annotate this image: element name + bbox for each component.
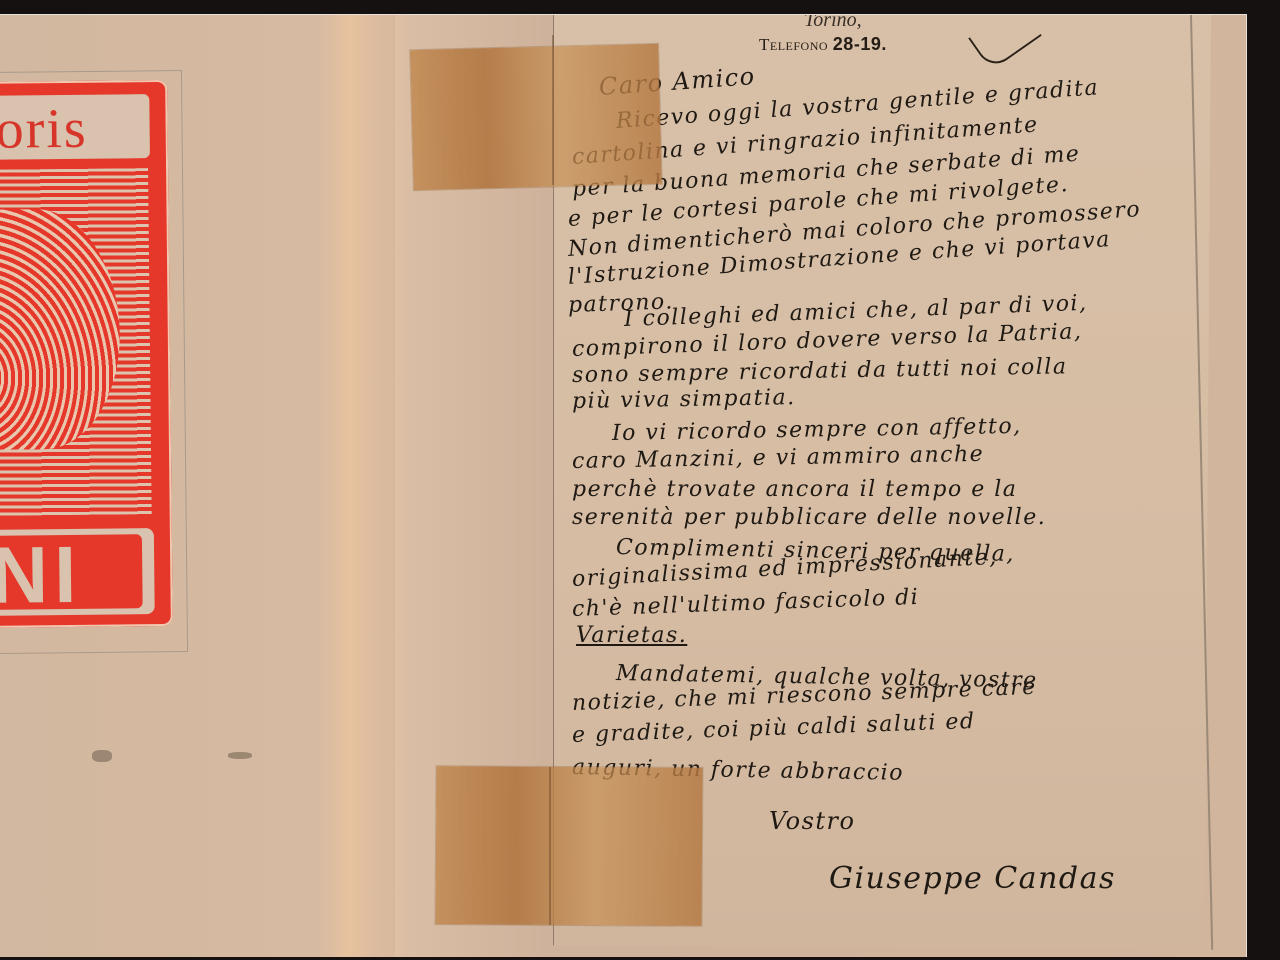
bookplate-name: NI	[0, 529, 83, 622]
document-photo: oris NI Torino, Telefono 28-19. Caro Ami…	[0, 14, 1247, 957]
tape-seam	[549, 767, 551, 925]
letter-line: caro Manzini, e vi ammiro anche	[572, 442, 985, 474]
wing-illustration-icon	[0, 208, 121, 450]
tape-seam	[552, 35, 554, 185]
letter-line: Io vi ricordo sempre con affetto,	[612, 414, 1022, 446]
bookplate-illustration	[0, 168, 152, 516]
checkmark-icon	[968, 14, 1042, 71]
paper-stain	[228, 752, 252, 759]
top-black-border	[0, 0, 1280, 14]
tape-top	[410, 44, 662, 190]
letter-line: più viva simpatia.	[572, 385, 796, 414]
paper-stain	[92, 750, 112, 762]
valediction: Vostro	[769, 807, 855, 835]
phone-number: 28-19.	[833, 34, 887, 54]
bookplate-title: oris	[0, 97, 88, 162]
left-page: oris NI	[0, 15, 395, 957]
signature: Giuseppe Candas	[829, 861, 1116, 896]
bookplate: oris NI	[0, 80, 173, 628]
bookplate-name-box: NI	[0, 528, 155, 616]
right-black-border	[1246, 0, 1280, 960]
letterhead-city: Torino,	[804, 14, 862, 32]
letter-line: perchè trovate ancora il tempo e la	[572, 477, 1017, 502]
letter-line: serenità per pubblicare delle novelle.	[572, 505, 1046, 530]
closing-line: e gradite, coi più caldi saluti ed	[572, 709, 976, 748]
publication-title: Varietas.	[576, 623, 687, 648]
letter-line: ch'è nell'ultimo fascicolo di	[572, 585, 920, 622]
letterhead-phone: Telefono 28-19.	[759, 34, 887, 55]
bookplate-title-box: oris	[0, 94, 150, 160]
spine-strip	[330, 15, 370, 957]
tape-bottom	[435, 766, 702, 926]
